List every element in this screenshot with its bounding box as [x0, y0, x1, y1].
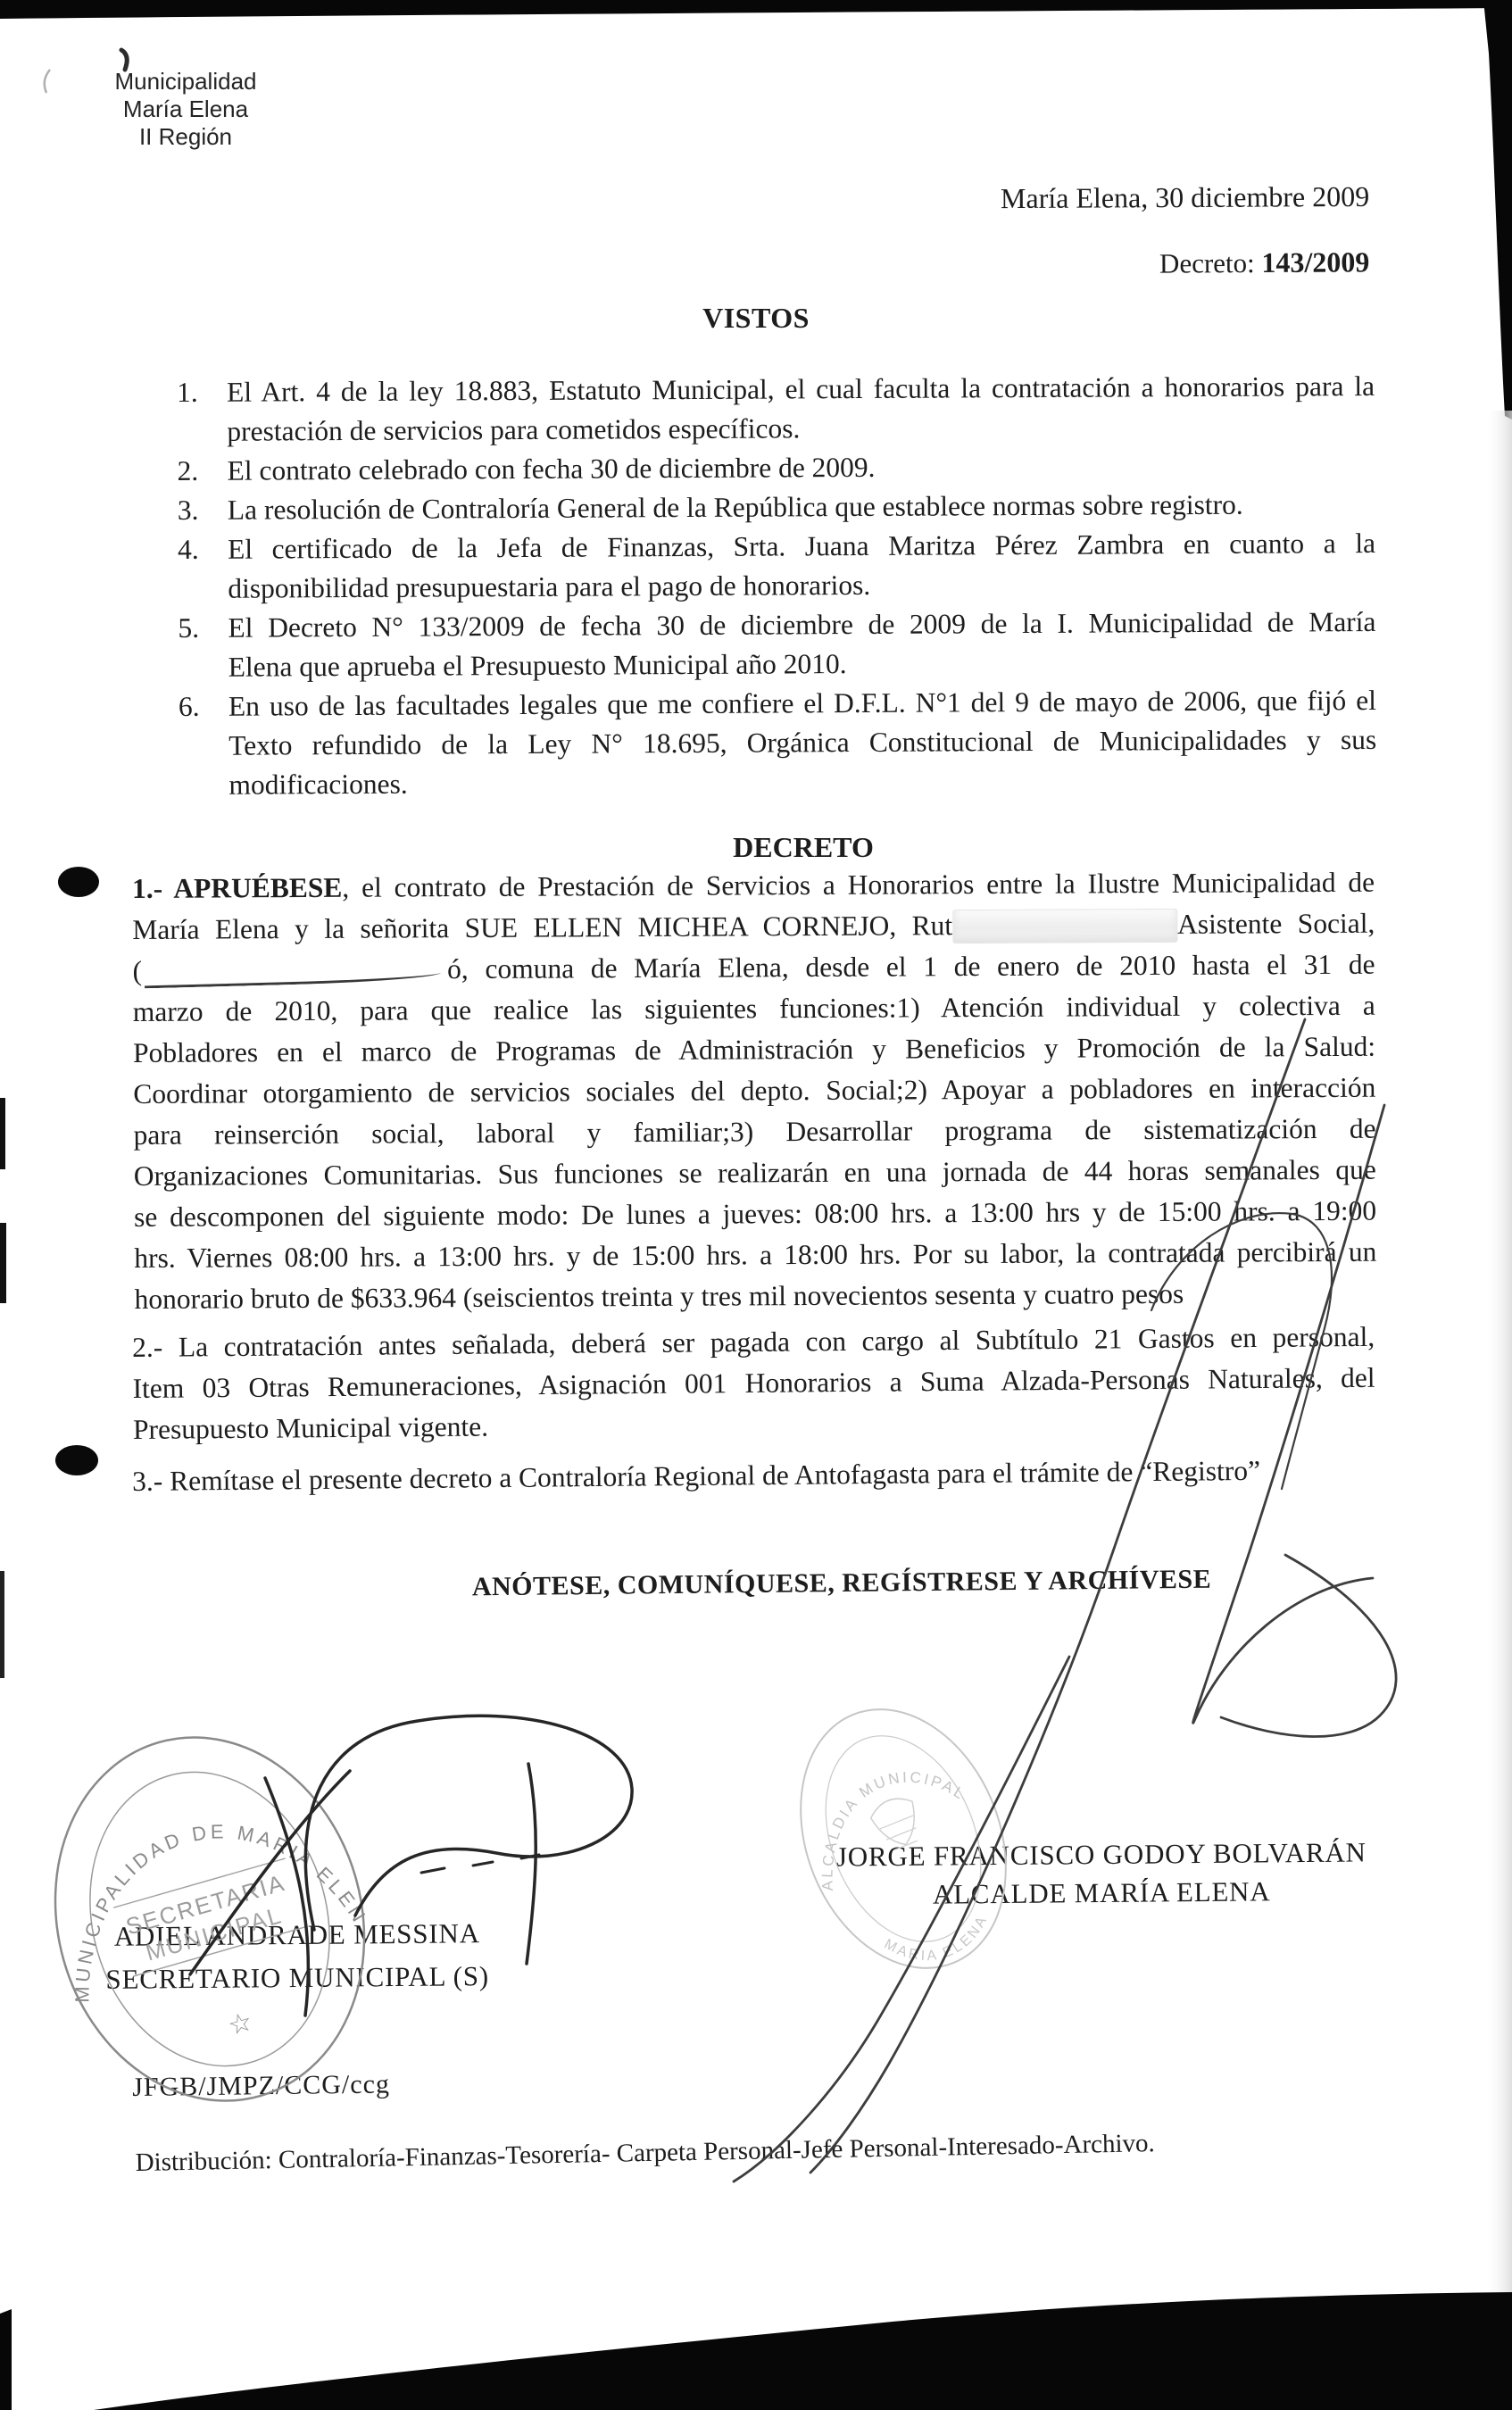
- paragraph-line: María Elena y la señorita SUE ELLEN MICH…: [132, 903, 1375, 951]
- list-item-line: El contrato celebrado con fecha 30 de di…: [227, 445, 1375, 491]
- redacted-rut: [953, 910, 1176, 943]
- decree-label: Decreto:: [1159, 247, 1262, 279]
- scan-top-bar: [0, 0, 1512, 19]
- stamp-star-icon: ☆: [225, 2007, 256, 2041]
- list-item-number: 1.: [177, 373, 198, 412]
- list-item-line: disponibilidad presupuestaria para el pa…: [228, 563, 1375, 609]
- vistos-list: 1. El Art. 4 de la ley 18.883, Estatuto …: [177, 367, 1377, 805]
- list-item-number: 2.: [177, 452, 198, 491]
- aprueba-bold: 1.- APRUÉBESE: [132, 872, 342, 904]
- scan-edge-mark: [0, 1571, 4, 1678]
- paragraph-line: marzo de 2010, para que realice las sigu…: [133, 985, 1375, 1033]
- list-item-line: Texto refundido de la Ley N° 18.695, Org…: [228, 720, 1376, 766]
- paragraph-line-text: ó, comuna de María Elena, desde el 1 de …: [447, 949, 1375, 985]
- secretary-name: ADIEL ANDRADE MESSINA: [74, 1912, 520, 1958]
- list-item-number: 4.: [178, 530, 199, 569]
- scan-bottom-left-strip: [0, 2309, 12, 2410]
- scan-edge-mark: [0, 1098, 5, 1169]
- list-item: 5. El Decreto N° 133/2009 de fecha 30 de…: [178, 602, 1375, 687]
- paragraph-line: se descomponen del siguiente modo: De lu…: [134, 1191, 1376, 1238]
- secretary-signature-block: ADIEL ANDRADE MESSINA SECRETARIO MUNICIP…: [74, 1912, 521, 2001]
- mayor-signature-block: JORGE FRANCISCO GODOY BOLVARÁN ALCALDE M…: [834, 1832, 1370, 1914]
- letterhead-line-3: II Región: [87, 123, 284, 151]
- paragraph-3: 3.- Remítase el presente decreto a Contr…: [132, 1453, 1408, 1498]
- list-item-line: prestación de servicios para cometidos e…: [227, 406, 1375, 452]
- list-item-line: Elena que aprueba el Presupuesto Municip…: [228, 642, 1376, 687]
- list-item-number: 5.: [178, 609, 199, 648]
- paragraph-line: (ó, comuna de María Elena, desde el 1 de…: [132, 944, 1375, 992]
- paragraph-line-text: María Elena y la señorita SUE ELLEN MICH…: [132, 910, 952, 945]
- paragraph-line: honorario bruto de $633.964 (seiscientos…: [134, 1273, 1376, 1320]
- list-item-number: 6.: [179, 687, 200, 727]
- scanned-decree-page: Municipalidad María Elena II Región Marí…: [0, 0, 1512, 2410]
- distribution-line: Distribución: Contraloría-Finanzas-Tesor…: [135, 2127, 1259, 2178]
- initials-line: JFGB/JMPZ/CCG/ccg: [132, 2069, 390, 2103]
- secretary-title: SECRETARIO MUNICIPAL (S): [74, 1955, 520, 2001]
- list-item-line: El Art. 4 de la ley 18.883, Estatuto Mun…: [227, 367, 1375, 412]
- letterhead: Municipalidad María Elena II Región: [87, 68, 284, 151]
- list-item-line: El Decreto N° 133/2009 de fecha 30 de di…: [228, 602, 1375, 648]
- paragraph-line-text: , el contrato de Prestación de Servicios…: [342, 867, 1375, 903]
- list-item-line: La resolución de Contraloría General de …: [228, 485, 1375, 530]
- decreto-heading: DECRETO: [95, 831, 1512, 864]
- scan-edge-mark: [0, 1223, 6, 1303]
- scan-bottom-shadow: [94, 2292, 1512, 2410]
- paragraph-line: para reinserción social, laboral y famil…: [133, 1109, 1375, 1156]
- paragraph-line: Coordinar otorgamiento de servicios soci…: [133, 1068, 1375, 1115]
- paragraph-line: 1.- APRUÉBESE, el contrato de Prestación…: [132, 862, 1375, 910]
- list-item: 1. El Art. 4 de la ley 18.883, Estatuto …: [177, 367, 1375, 452]
- list-item: 3. La resolución de Contraloría General …: [178, 485, 1375, 530]
- mayor-title: ALCALDE MARÍA ELENA: [834, 1871, 1369, 1914]
- letterhead-line-2: María Elena: [87, 96, 284, 123]
- list-item-line: modificaciones.: [228, 760, 1376, 805]
- paragraph-line: hrs. Viernes 08:00 hrs. a 13:00 hrs. y d…: [134, 1232, 1376, 1279]
- list-item: 4. El certificado de la Jefa de Finanzas…: [178, 524, 1375, 609]
- mayor-name: JORGE FRANCISCO GODOY BOLVARÁN: [834, 1832, 1369, 1875]
- scan-speck: [121, 50, 127, 70]
- list-item-line: El certificado de la Jefa de Finanzas, S…: [228, 524, 1375, 569]
- paragraph-line: Pobladores en el marco de Programas de A…: [133, 1026, 1375, 1074]
- redacted-blank: [144, 953, 441, 989]
- vistos-heading: VISTOS: [0, 302, 1512, 335]
- closing-formula: ANÓTESE, COMUNÍQUESE, REGÍSTRESE Y ARCHÍ…: [171, 1561, 1512, 1606]
- scan-right-strip: [1483, 0, 1512, 420]
- paragraph-line: Organizaciones Comunitarias. Sus funcion…: [134, 1150, 1376, 1197]
- punch-hole: [55, 1445, 98, 1475]
- decree-number-line: Decreto: 143/2009: [1159, 245, 1370, 279]
- date-line: María Elena, 30 diciembre 2009: [1001, 180, 1369, 215]
- list-item: 6. En uso de las facultades legales que …: [179, 681, 1377, 805]
- paragraph-line-text: (: [133, 955, 143, 986]
- list-item-number: 3.: [178, 491, 199, 530]
- paragraph-2: 2.- La contratación antes señalada, debe…: [132, 1317, 1375, 1450]
- paragraph-1: 1.- APRUÉBESE, el contrato de Prestación…: [132, 862, 1377, 1320]
- list-item-line: En uso de las facultades legales que me …: [228, 681, 1376, 727]
- scan-speck: [45, 70, 50, 93]
- letterhead-line-1: Municipalidad: [87, 68, 284, 96]
- punch-hole: [58, 867, 99, 897]
- list-item: 2. El contrato celebrado con fecha 30 de…: [177, 445, 1375, 491]
- paragraph-line-text: Asistente Social,: [1177, 908, 1375, 940]
- decree-number: 143/2009: [1261, 245, 1369, 278]
- scan-right-shading: [1485, 411, 1512, 2298]
